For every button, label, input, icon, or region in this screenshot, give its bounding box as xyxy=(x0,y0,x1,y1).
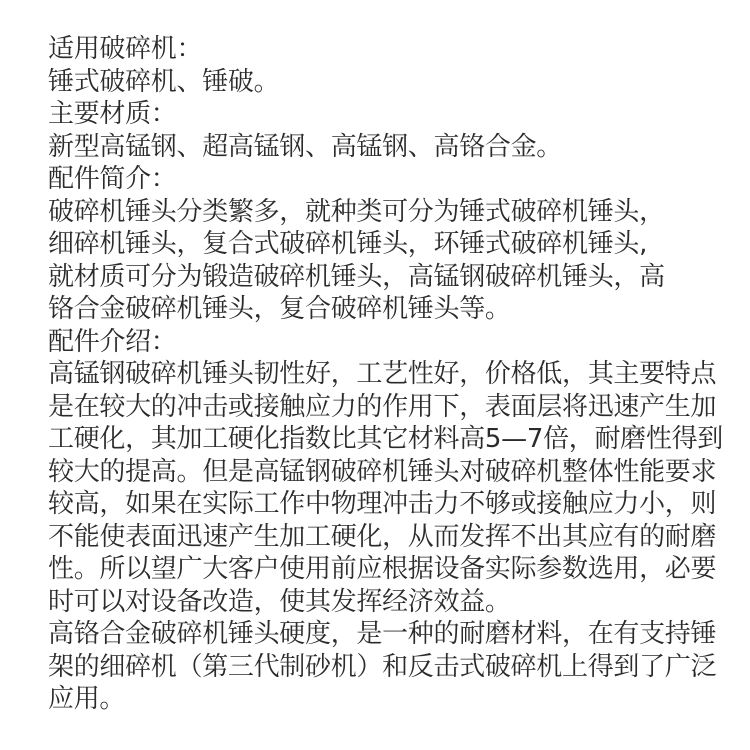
text-line: 铬合金破碎机锤头，复合破碎机锤头等。 xyxy=(48,293,720,326)
text-line: 工硬化，其加工硬化指数比其它材料高5—7倍，耐磨性得到 xyxy=(48,423,720,456)
text-line: 配件介绍： xyxy=(48,326,720,359)
text-line: 适用破碎机： xyxy=(48,33,720,66)
text-line: 较大的提高。但是高锰钢破碎机锤头对破碎机整体性能要求 xyxy=(48,456,720,489)
text-line: 主要材质： xyxy=(48,98,720,131)
text-line: 架的细碎机（第三代制砂机）和反击式破碎机上得到了广泛 xyxy=(48,651,720,684)
text-line: 锤式破碎机、锤破。 xyxy=(48,66,720,99)
text-line: 不能使表面迅速产生加工硬化，从而发挥不出其应有的耐磨 xyxy=(48,521,720,554)
text-line: 破碎机锤头分类繁多，就种类可分为锤式破碎机锤头， xyxy=(48,196,720,229)
text-line: 是在较大的冲击或接触应力的作用下，表面层将迅速产生加 xyxy=(48,391,720,424)
text-line: 就材质可分为锻造破碎机锤头，高锰钢破碎机锤头，高 xyxy=(48,261,720,294)
text-line: 时可以对设备改造，使其发挥经济效益。 xyxy=(48,586,720,619)
text-line: 高锰钢破碎机锤头韧性好，工艺性好，价格低，其主要特点 xyxy=(48,358,720,391)
text-line: 性。所以望广大客户使用前应根据设备实际参数选用，必要 xyxy=(48,553,720,586)
text-line: 应用。 xyxy=(48,683,720,716)
text-line: 新型高锰钢、超高锰钢、高锰钢、高铬合金。 xyxy=(48,131,720,164)
text-line: 较高，如果在实际工作中物理冲击力不够或接触应力小，则 xyxy=(48,488,720,521)
text-line: 高铬合金破碎机锤头硬度，是一种的耐磨材料，在有支持锤 xyxy=(48,618,720,651)
text-line: 细碎机锤头，复合式破碎机锤头，环锤式破碎机锤头, xyxy=(48,228,720,261)
product-description-document: 适用破碎机： 锤式破碎机、锤破。 主要材质： 新型高锰钢、超高锰钢、高锰钢、高铬… xyxy=(0,0,750,750)
text-line: 配件简介： xyxy=(48,163,720,196)
